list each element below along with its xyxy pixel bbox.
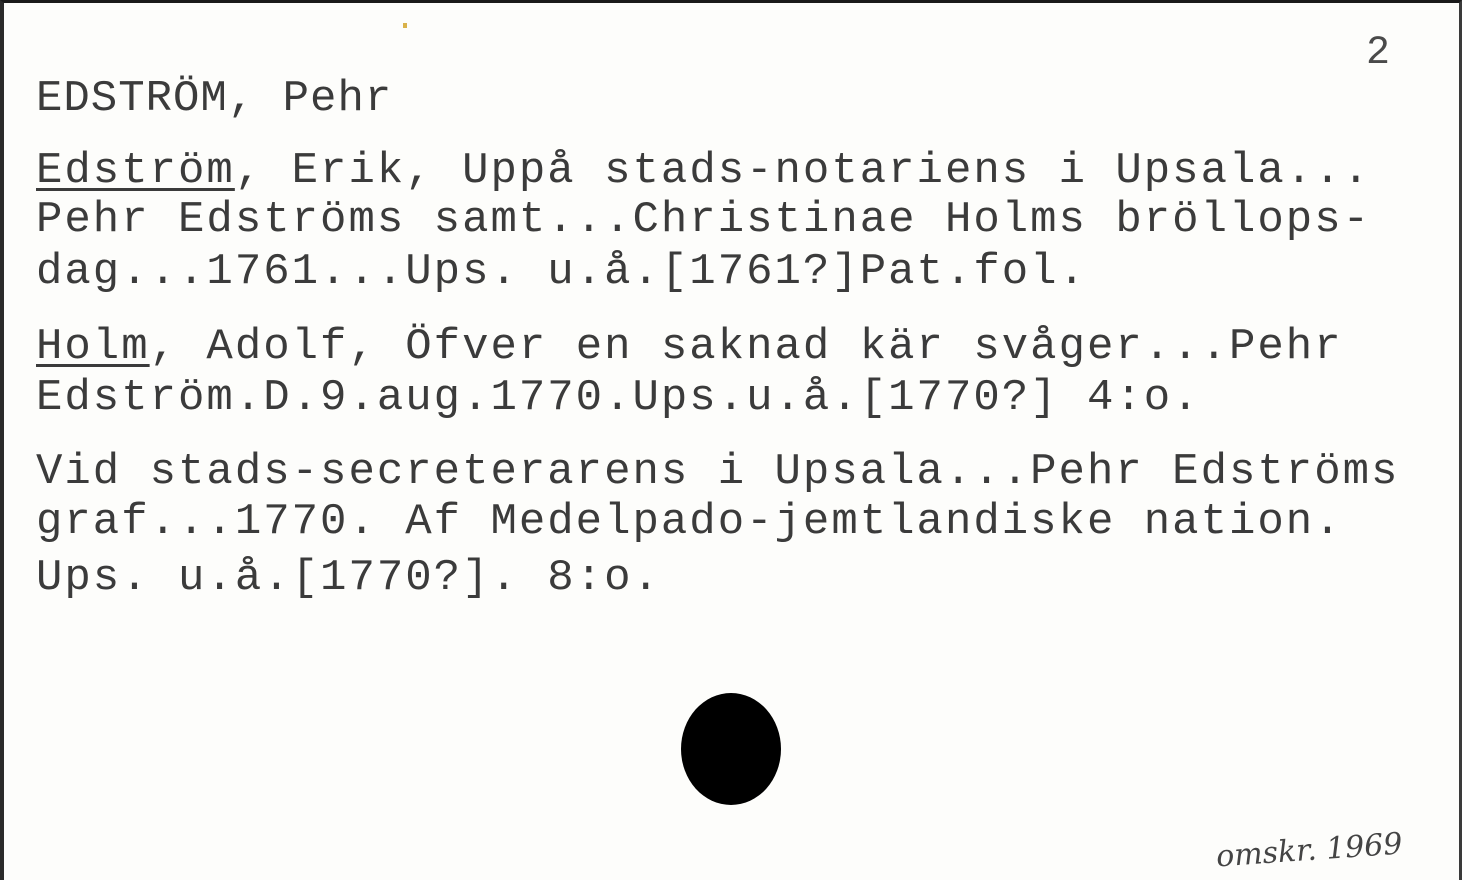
paper-speck [403, 23, 407, 28]
card-number: 2 [1366, 31, 1390, 76]
entry-1-author: Edström [36, 146, 235, 196]
entry-3-line-2: graf...1770. Af Medelpado-jemtlandiske n… [36, 500, 1343, 544]
entry-3-line-3: Ups. u.å.[1770?]. 8:o. [36, 556, 661, 600]
handwritten-note: omskr. 1969 [1215, 827, 1404, 875]
entry-1-line-1: Edström, Erik, Uppå stads-notariens i Up… [36, 149, 1371, 193]
punch-hole [681, 693, 781, 805]
entry-1-line-3: dag...1761...Ups. u.å.[1761?]Pat.fol. [36, 250, 1087, 294]
entry-2-line-1: Holm, Adolf, Öfver en saknad kär svåger.… [36, 325, 1343, 369]
entry-2-line-1-text: , Adolf, Öfver en saknad kär svåger...Pe… [150, 322, 1343, 372]
entry-1-line-1-text: , Erik, Uppå stads-notariens i Upsala... [235, 146, 1371, 196]
catalog-card: 2 EDSTRÖM, Pehr Edström, Erik, Uppå stad… [0, 0, 1462, 880]
entry-2-line-2: Edström.D.9.aug.1770.Ups.u.å.[1770?] 4:o… [36, 376, 1201, 420]
entry-1-line-2: Pehr Edströms samt...Christinae Holms br… [36, 198, 1371, 242]
card-heading: EDSTRÖM, Pehr [36, 77, 392, 121]
entry-2-author: Holm [36, 322, 150, 372]
entry-3-line-1: Vid stads-secreterarens i Upsala...Pehr … [36, 450, 1399, 494]
